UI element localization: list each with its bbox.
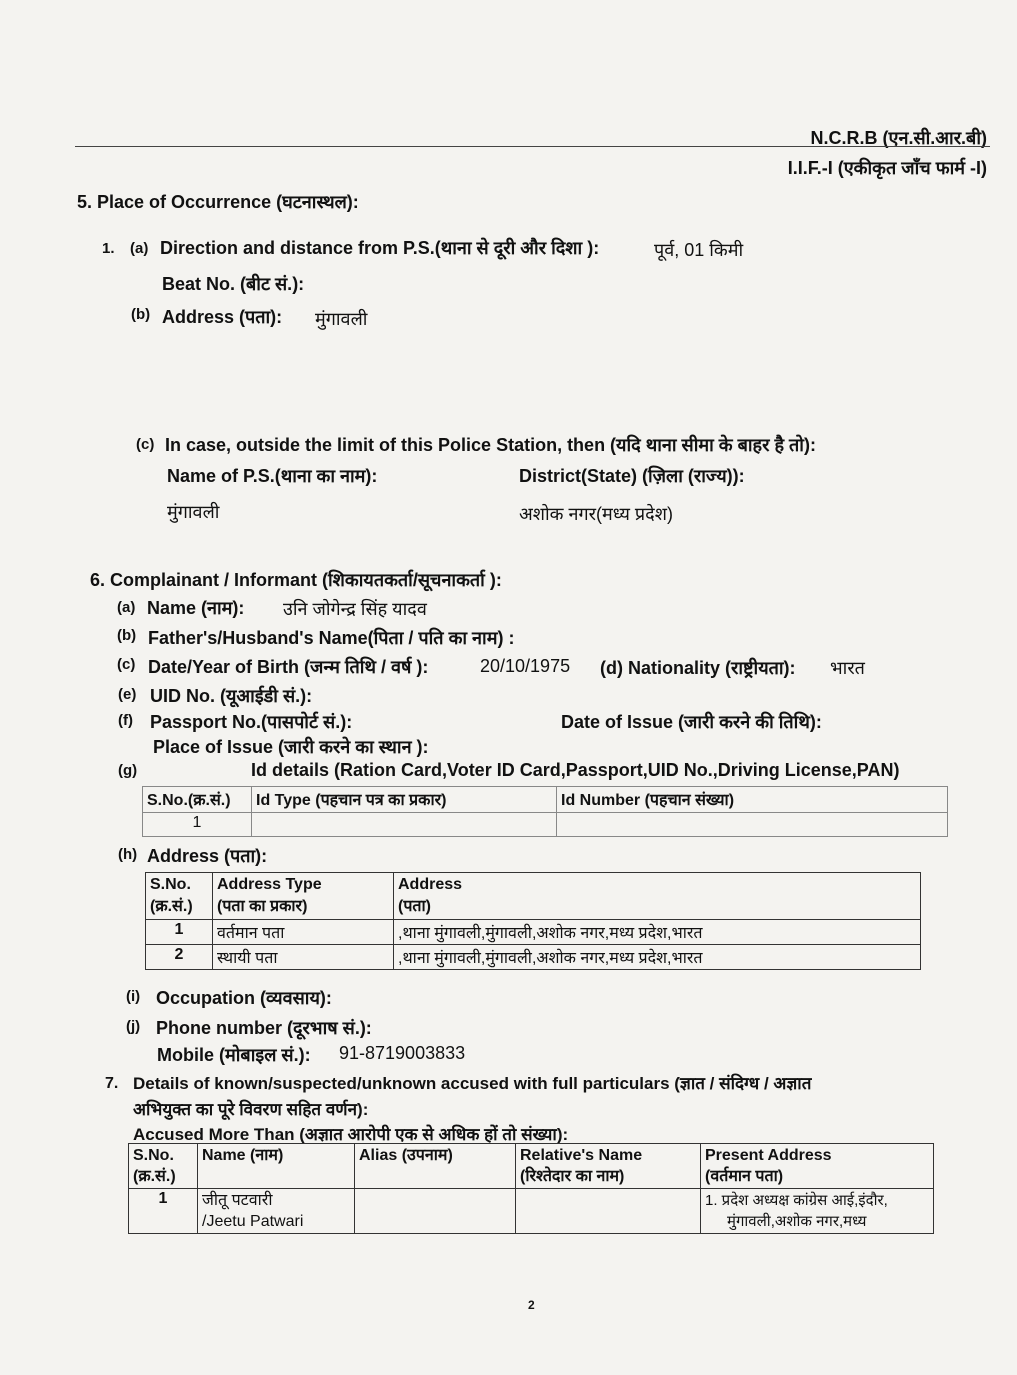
section7-title-line1: Details of known/suspected/unknown accus…	[133, 1071, 811, 1094]
issue-place-label: Place of Issue (जारी करने का स्थान ):	[153, 735, 429, 759]
accused-address: 1. प्रदेश अध्यक्ष कांग्रेस आई,इंदौर,मुंग…	[701, 1189, 934, 1234]
uid-label: UID No. (यूआईडी सं.):	[150, 684, 312, 708]
label-6i: (i)	[126, 988, 140, 1005]
address-table: S.No.(क्र.सं.) Address Type(पता का प्रका…	[145, 872, 921, 970]
accused-sno: 1	[129, 1189, 198, 1234]
accused-relative	[516, 1189, 701, 1234]
complainant-address-label: Address (पता):	[147, 844, 267, 868]
label-b: (b)	[131, 306, 150, 323]
occupation-label: Occupation (व्यवसाय):	[156, 986, 332, 1010]
complainant-name-label: Name (नाम):	[147, 596, 244, 620]
id-table-number	[557, 813, 948, 837]
direction-distance-label: Direction and distance from P.S.(थाना से…	[160, 236, 599, 260]
address-sno: 2	[146, 945, 213, 970]
issue-date-label: Date of Issue (जारी करने की तिथि):	[561, 710, 822, 734]
header-text: Address Type	[217, 874, 389, 896]
header-text: Name (नाम)	[202, 1145, 350, 1166]
address-table-header-sno: S.No.(क्र.सं.)	[146, 873, 213, 920]
table-row: 1 वर्तमान पता ,थाना मुंगावली,मुंगावली,अश…	[146, 920, 921, 945]
header-text: Alias (उपनाम)	[359, 1145, 511, 1166]
header-text: (क्र.सं.)	[150, 896, 208, 918]
label-6f: (f)	[118, 712, 133, 729]
label-c: (c)	[136, 436, 154, 453]
mobile-label: Mobile (मोबाइल सं.):	[157, 1043, 311, 1067]
page-number: 2	[528, 1298, 535, 1312]
id-table-header-sno: S.No.(क्र.सं.)	[143, 787, 252, 813]
address-table-header-type: Address Type(पता का प्रकार)	[213, 873, 394, 920]
header-text: Relative's Name	[520, 1145, 696, 1166]
address-table-header-address: Address(पता)	[394, 873, 921, 920]
table-row: 1	[143, 813, 948, 837]
header-text: Present Address	[705, 1145, 929, 1166]
address-type: वर्तमान पता	[213, 920, 394, 945]
section5-title: 5. Place of Occurrence (घटनास्थल):	[77, 190, 359, 214]
header-text: Address	[398, 874, 916, 896]
label-6h: (h)	[118, 846, 137, 863]
direction-distance-value: पूर्व, 01 किमी	[654, 238, 743, 262]
table-row: 2 स्थायी पता ,थाना मुंगावली,मुंगावली,अशो…	[146, 945, 921, 970]
ps-name-value: मुंगावली	[167, 500, 219, 524]
section5-item-number: 1.	[102, 240, 115, 257]
id-details-label: Id details (Ration Card,Voter ID Card,Pa…	[251, 760, 899, 781]
dob-value: 20/10/1975	[480, 656, 570, 677]
dob-label: Date/Year of Birth (जन्म तिथि / वर्ष ):	[148, 655, 428, 679]
section6-title: 6. Complainant / Informant (शिकायतकर्ता/…	[90, 568, 502, 592]
label-6c: (c)	[117, 656, 135, 673]
header-text: (वर्तमान पता)	[705, 1166, 929, 1187]
address-value: ,थाना मुंगावली,मुंगावली,अशोक नगर,मध्य प्…	[394, 945, 921, 970]
accused-table: S.No.(क्र.सं.) Name (नाम) Alias (उपनाम) …	[128, 1143, 934, 1234]
ps-name-label: Name of P.S.(थाना का नाम):	[167, 464, 377, 488]
accused-header-relative: Relative's Name(रिश्तेदार का नाम)	[516, 1144, 701, 1189]
header-text: (क्र.सं.)	[133, 1166, 193, 1187]
id-table-header-type: Id Type (पहचान पत्र का प्रकार)	[252, 787, 557, 813]
accused-name-hindi: जीतू पटवारी	[202, 1190, 350, 1211]
label-a: (a)	[130, 240, 148, 257]
accused-header-sno: S.No.(क्र.सं.)	[129, 1144, 198, 1189]
header-form-title: I.I.F.-I (एकीकृत जाँच फार्म -I)	[788, 156, 987, 180]
header-text: (रिश्तेदार का नाम)	[520, 1166, 696, 1187]
section7-title-line2: अभियुक्त का पूरे विवरण सहित वर्णन):	[133, 1097, 368, 1120]
header-text: (पता का प्रकार)	[217, 896, 389, 918]
id-details-table: S.No.(क्र.सं.) Id Type (पहचान पत्र का प्…	[142, 786, 948, 837]
beat-no-label: Beat No. (बीट सं.):	[162, 272, 304, 296]
address-value: ,थाना मुंगावली,मुंगावली,अशोक नगर,मध्य प्…	[394, 920, 921, 945]
mobile-value: 91-8719003833	[339, 1043, 465, 1064]
label-6e: (e)	[118, 686, 136, 703]
id-table-sno: 1	[143, 813, 252, 837]
accused-address-line2: मुंगावली,अशोक नगर,मध्य	[705, 1211, 929, 1232]
header-text: S.No.	[133, 1145, 193, 1166]
header-text: S.No.	[150, 874, 208, 896]
accused-header-address: Present Address(वर्तमान पता)	[701, 1144, 934, 1189]
label-6g: (g)	[118, 762, 137, 779]
header-text: (पता)	[398, 896, 916, 918]
accused-more-than-label: Accused More Than (अज्ञात आरोपी एक से अध…	[133, 1122, 568, 1145]
district-label: District(State) (ज़िला (राज्य)):	[519, 464, 745, 488]
accused-header-name: Name (नाम)	[198, 1144, 355, 1189]
accused-address-line1: 1. प्रदेश अध्यक्ष कांग्रेस आई,इंदौर,	[705, 1190, 929, 1211]
id-table-type	[252, 813, 557, 837]
passport-label: Passport No.(पासपोर्ट सं.):	[150, 710, 352, 734]
table-row: 1 जीतू पटवारी/Jeetu Patwari 1. प्रदेश अध…	[129, 1189, 934, 1234]
accused-header-alias: Alias (उपनाम)	[355, 1144, 516, 1189]
accused-alias	[355, 1189, 516, 1234]
address-sno: 1	[146, 920, 213, 945]
accused-name: जीतू पटवारी/Jeetu Patwari	[198, 1189, 355, 1234]
complainant-name-value: उनि जोगेन्द्र सिंह यादव	[283, 597, 427, 621]
district-value: अशोक नगर(मध्य प्रदेश)	[519, 502, 673, 526]
header-divider	[75, 146, 990, 147]
address-type: स्थायी पता	[213, 945, 394, 970]
label-6a: (a)	[117, 599, 135, 616]
nationality-value: भारत	[830, 656, 865, 680]
outside-limit-label: In case, outside the limit of this Polic…	[165, 433, 816, 457]
id-table-header-number: Id Number (पहचान संख्या)	[557, 787, 948, 813]
label-6b: (b)	[117, 627, 136, 644]
phone-label: Phone number (दूरभाष सं.):	[156, 1016, 372, 1040]
father-name-label: Father's/Husband's Name(पिता / पति का ना…	[148, 626, 514, 650]
address-label: Address (पता):	[162, 305, 282, 329]
address-value: मुंगावली	[315, 307, 367, 331]
nationality-label: (d) Nationality (राष्ट्रीयता):	[600, 656, 796, 680]
label-6j: (j)	[126, 1018, 140, 1035]
accused-name-english: /Jeetu Patwari	[202, 1211, 350, 1232]
section7-number: 7.	[105, 1075, 118, 1093]
